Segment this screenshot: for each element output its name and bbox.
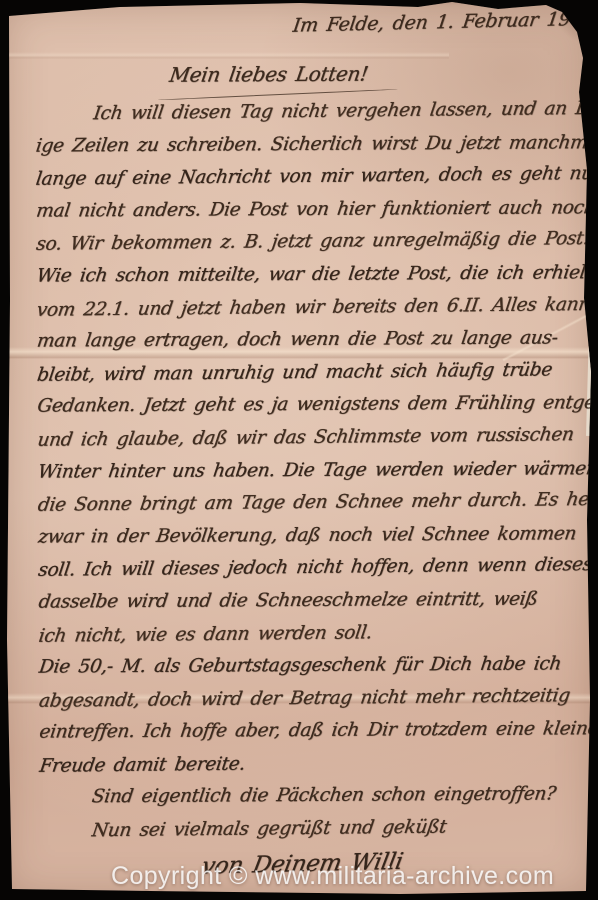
- salutation: Mein liebes Lotten!: [168, 62, 370, 87]
- handwriting-line: mal nicht anders. Die Post von hier funk…: [33, 197, 584, 233]
- handwriting-line: zwar in der Bevölkerung, daß noch viel S…: [35, 523, 586, 559]
- handwriting-line: abgesandt, doch wird der Betrag nicht me…: [36, 685, 588, 723]
- letter-page: Im Felde, den 1. Februar 1942. Mein lieb…: [0, 0, 598, 900]
- handwriting-line: ich nicht, wie es dann werden soll.: [36, 620, 588, 658]
- handwriting-line: Ich will diesen Tag nicht vergehen lasse…: [33, 98, 585, 136]
- handwriting-line: ige Zeilen zu schreiben. Sicherlich wirs…: [33, 132, 584, 168]
- handwritten-text: Im Felde, den 1. Februar 1942. Mein lieb…: [0, 0, 598, 900]
- handwriting-line: man lange ertragen, doch wenn die Post z…: [34, 327, 585, 363]
- handwriting-line: bleibt, wird man unruhig und macht sich …: [34, 359, 586, 397]
- handwriting-line: und ich glaube, daß wir das Schlimmste v…: [35, 424, 587, 462]
- scanned-letter: Im Felde, den 1. Februar 1942. Mein lieb…: [0, 0, 598, 900]
- handwriting-line: lange auf eine Nachricht von mir warten,…: [33, 163, 585, 201]
- handwriting-line: die Sonne bringt am Tage den Schnee mehr…: [35, 489, 587, 527]
- handwriting-line: Winter hinter uns haben. Die Tage werden…: [35, 458, 586, 494]
- handwriting-line: Freude damit bereite.: [37, 750, 589, 788]
- handwriting-line: Gedanken. Jetzt geht es ja wenigstens de…: [35, 393, 586, 429]
- salutation-underline: [158, 89, 398, 101]
- postscript-line: Sind eigentlich die Päckchen schon einge…: [37, 784, 588, 820]
- handwriting-line: so. Wir bekommen z. B. jetzt ganz unrege…: [33, 228, 585, 266]
- handwriting-line: Wie ich schon mitteilte, war die letzte …: [34, 262, 585, 298]
- handwriting-line: Die 50,- M. als Geburtstagsgeschenk für …: [36, 653, 587, 689]
- handwriting-line: soll. Ich will dieses jedoch nicht hoffe…: [35, 554, 587, 592]
- handwriting-line: eintreffen. Ich hoffe aber, daß ich Dir …: [37, 719, 588, 755]
- handwriting-line: vom 22.1. und jetzt haben wir bereits de…: [34, 294, 586, 332]
- handwriting-line: dasselbe wird und die Schneeschmelze ein…: [36, 588, 587, 624]
- copyright-watermark: Copyright © www.militaria-archive.com: [111, 862, 554, 891]
- date-line: Im Felde, den 1. Februar 1942.: [292, 7, 598, 36]
- letter-body: Ich will diesen Tag nicht vergehen lasse…: [35, 99, 587, 888]
